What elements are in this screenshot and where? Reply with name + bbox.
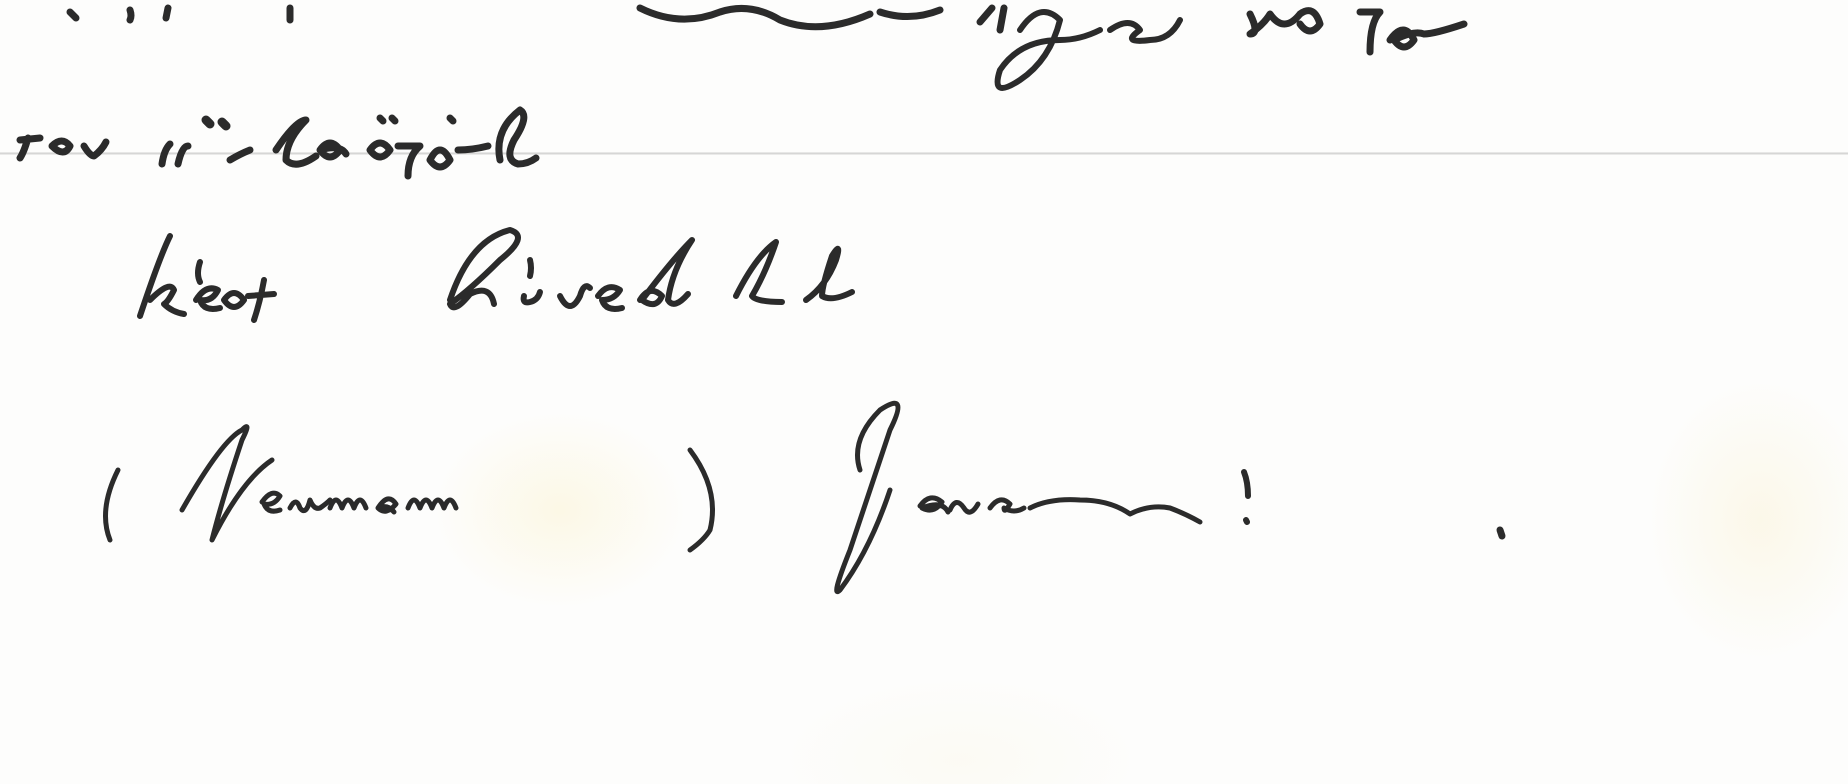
letter-paper: … …ásong és viszon… tov ütközött Téged k… [0, 0, 1848, 784]
handwriting-signature [106, 403, 1503, 591]
handwriting-ink [0, 0, 1848, 784]
handwriting-line-2 [20, 110, 536, 176]
handwriting-line-1 [70, 8, 1464, 88]
handwriting-closing [140, 230, 852, 320]
